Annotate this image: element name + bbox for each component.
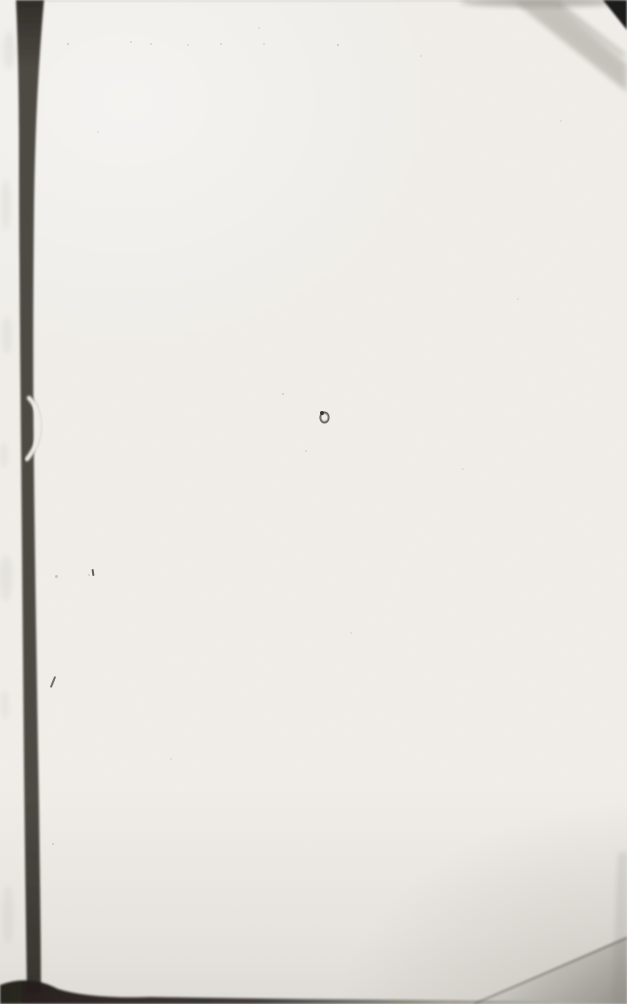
ring-speck: [319, 411, 330, 424]
scanned-book-page: [0, 0, 627, 1004]
scan-artifacts-art: [0, 0, 627, 1004]
film-grain: [0, 0, 627, 1004]
